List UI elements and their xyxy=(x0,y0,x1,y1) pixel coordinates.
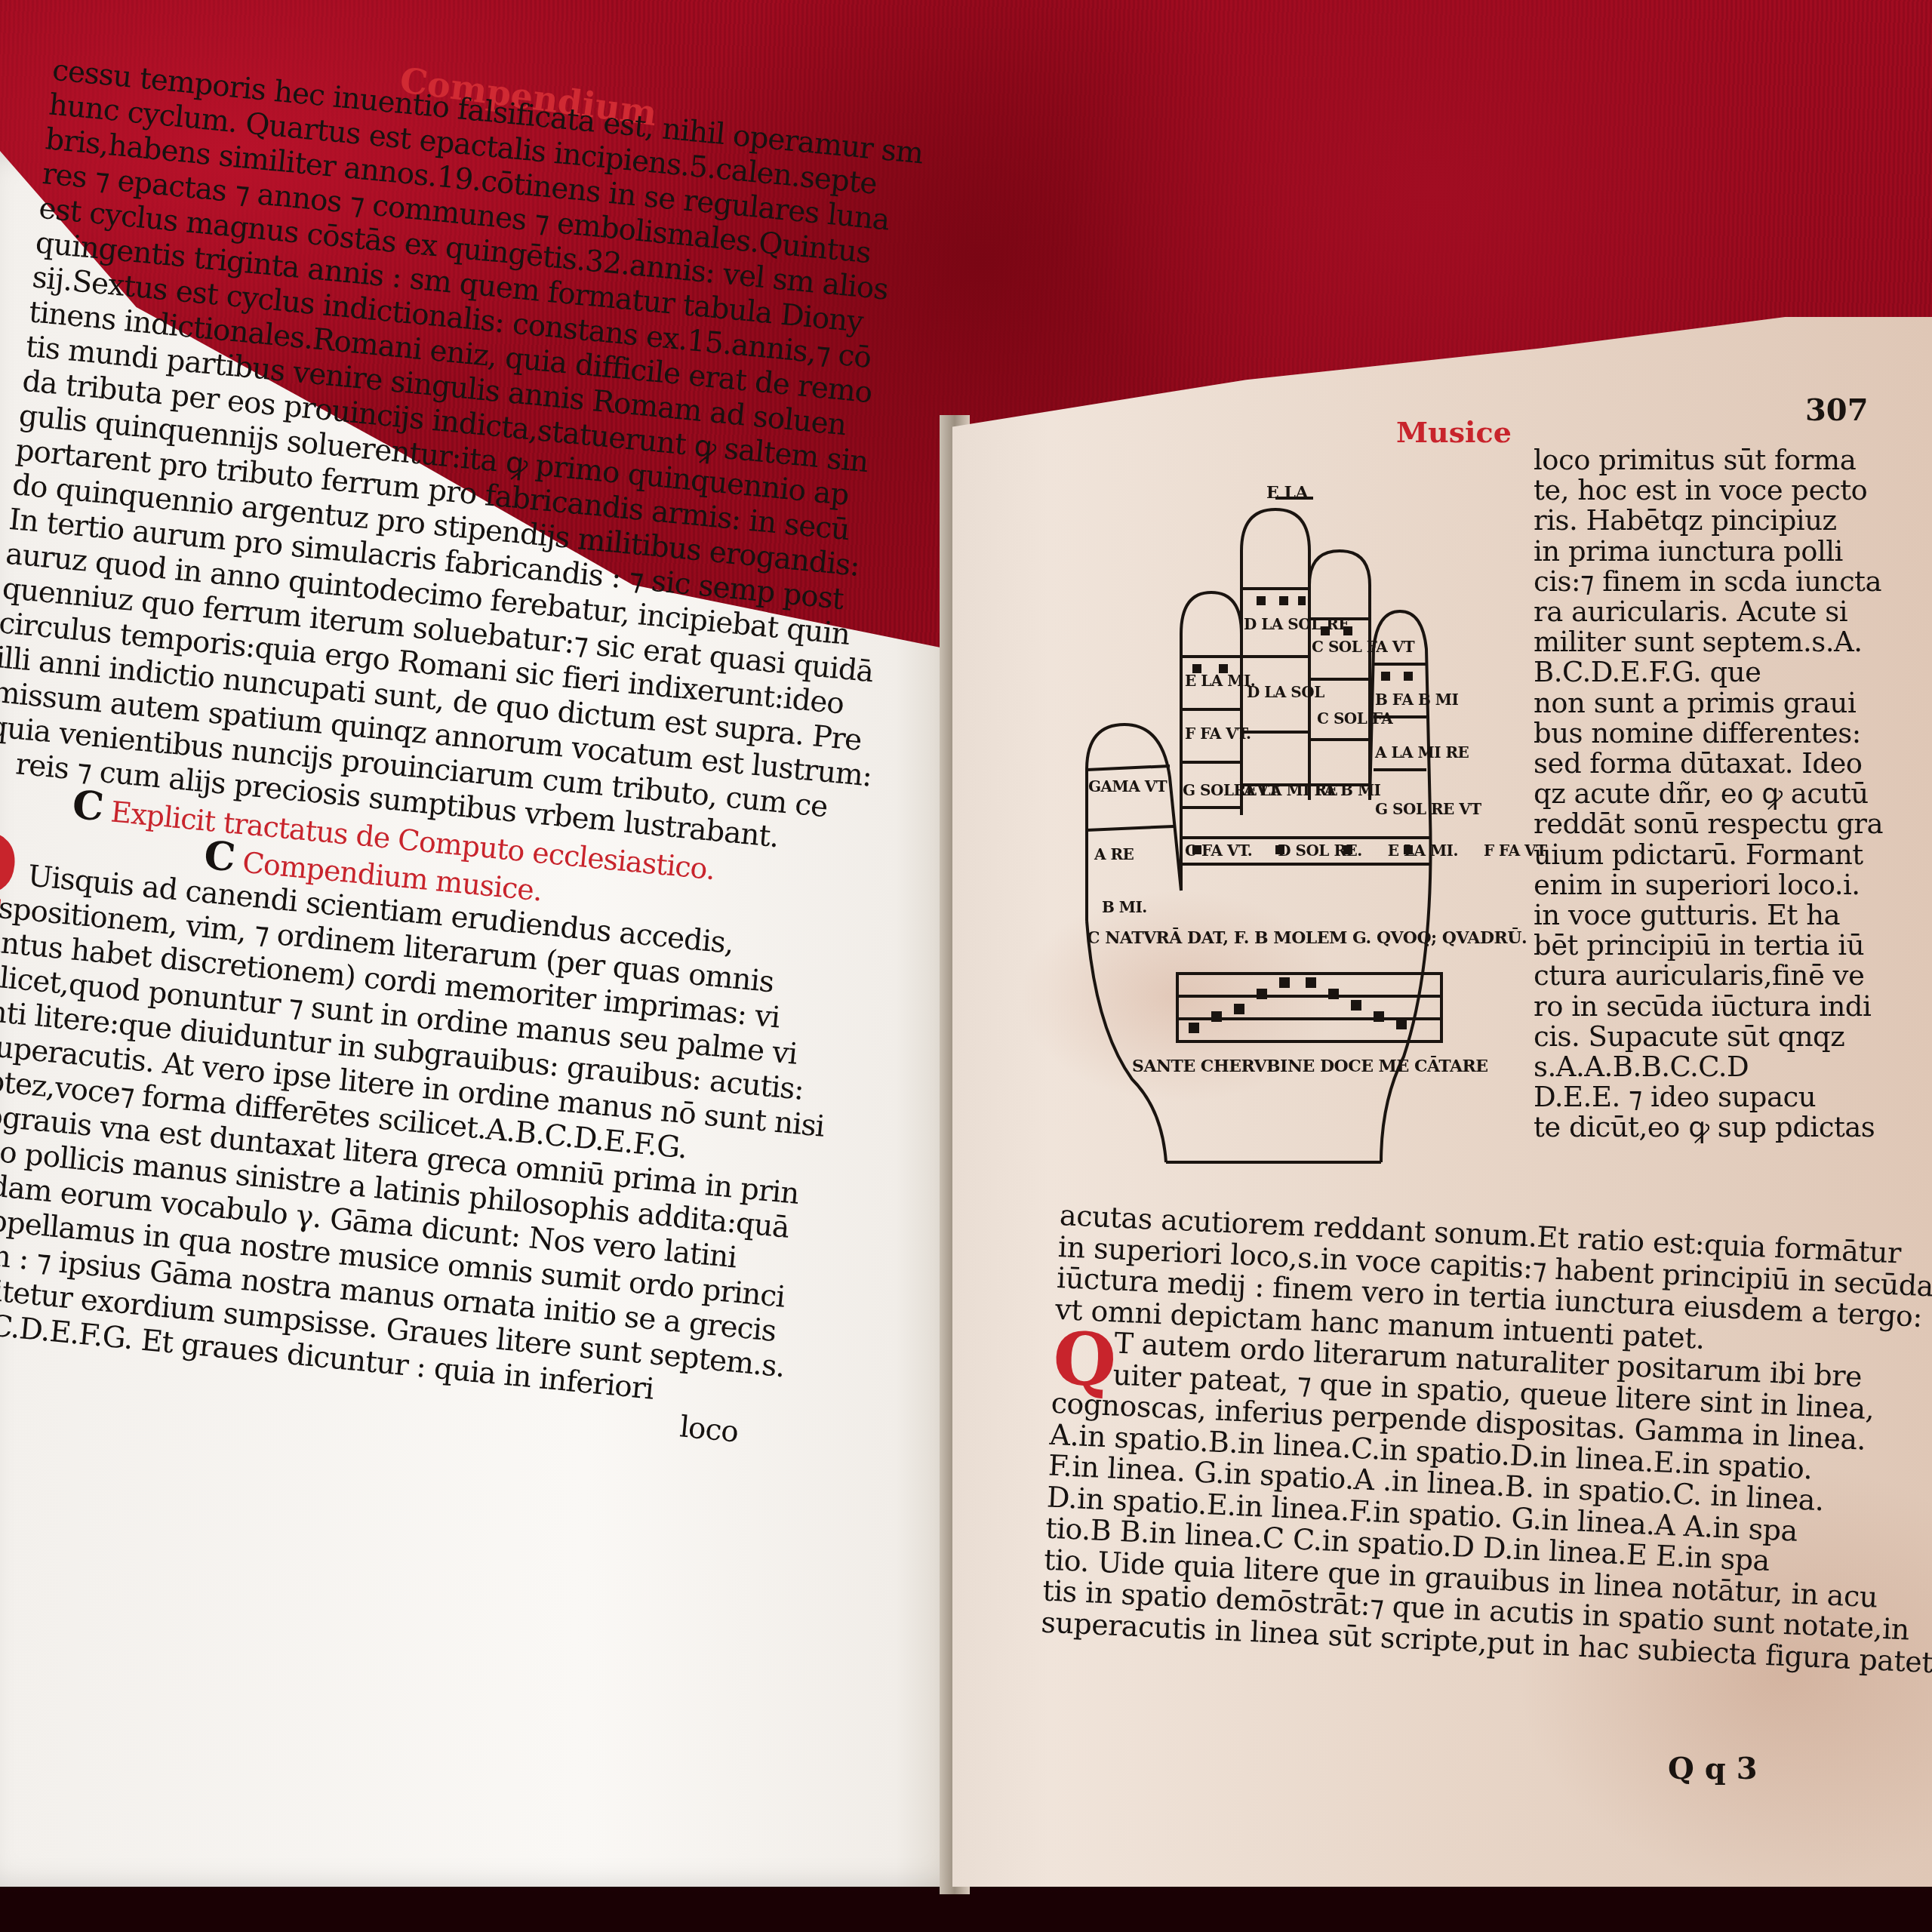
initial-q: Q xyxy=(1051,1321,1118,1399)
folio-number: 307 xyxy=(1805,392,1869,428)
text-line: militer sunt septem.s.A. xyxy=(1534,627,1911,657)
text-line: D.E.E. ⁊ ideo supacu xyxy=(1534,1082,1911,1112)
palm-label: E LA MI. xyxy=(1388,841,1458,860)
hand-ring-label: FA B MI xyxy=(1315,781,1380,799)
text-line: cis. Supacute sūt qnqz xyxy=(1534,1022,1911,1052)
hand-little-label: A LA MI RE xyxy=(1375,743,1469,761)
hand-thumb-label: GAMA VT xyxy=(1088,777,1167,795)
text-line: qz acute dñr, eo ꝙ acutū xyxy=(1534,779,1911,809)
text-line: ctura auricularis,finē ve xyxy=(1534,961,1911,991)
text-line: bus nomine differentes: xyxy=(1534,718,1911,749)
hand-ring-label: C SOL FA xyxy=(1317,709,1392,728)
hand-motto: C NATVRĀ DAT, F. B MOLEM G. QVOQ; QVADRŪ… xyxy=(1087,928,1527,948)
left-top-text-block: cessu temporis hec inuentio falsificata … xyxy=(0,54,933,1457)
right-column-text: loco primitus sūt forma te, hoc est in v… xyxy=(1534,445,1911,1143)
text-line: bēt principiū in tertia iū xyxy=(1534,931,1911,961)
music-paragraph: Q Uisquis ad canendi scientiam erudiendu… xyxy=(0,854,856,1457)
hand-chant-text: SANTE CHERVBINE DOCE ME CĀTARE xyxy=(1132,1057,1488,1076)
hand-palm-row: C FA VT. D SOL RE. E LA MI. F FA VT xyxy=(1185,841,1547,860)
text-line: ris. Habētqz pincipiuz xyxy=(1534,506,1911,536)
hand-little-label: B FA B MI xyxy=(1375,691,1458,709)
right-full-width-text: acutas acutiorem reddant sonum.Et ratio … xyxy=(1041,1200,1912,1677)
text-line: enim in superiori loco.i. xyxy=(1534,870,1911,900)
text-line: uium pdictarū. Formant xyxy=(1534,840,1911,870)
text-line: in voce gutturis. Et ha xyxy=(1534,900,1911,931)
text-line: B.C.D.E.F.G. que xyxy=(1534,657,1911,688)
text-line: ra auricularis. Acute si xyxy=(1534,597,1911,627)
text-line: cis:⁊ finem in scda iuncta xyxy=(1534,567,1911,597)
right-running-head: Musice xyxy=(1396,415,1512,449)
text-line: te, hoc est in voce pecto xyxy=(1534,475,1911,506)
hand-ring-label: C SOL FA VT xyxy=(1312,638,1414,656)
hand-top-label: E LA xyxy=(1266,483,1308,503)
text-line: te dicūt,eo ꝙ sup pdictas xyxy=(1534,1112,1911,1143)
text-line: sed forma dūtaxat. Ideo xyxy=(1534,749,1911,779)
left-page-text: Compendium cessu temporis hec inuentio f… xyxy=(45,143,932,229)
text-line: s.A.A.B.B.C.C.D xyxy=(1534,1052,1911,1082)
hand-thumb-label: A RE xyxy=(1094,845,1134,863)
paragraph-mark: C xyxy=(70,782,105,831)
hand-middle-label: D LA SOL RE xyxy=(1244,615,1349,633)
guidonian-hand-woodcut: E LA E LA MI. F FA VT. G SOLREVT D LA SO… xyxy=(1079,483,1532,1177)
hand-index-label: E LA MI. xyxy=(1185,672,1255,690)
text-line: in prima iunctura polli xyxy=(1534,537,1911,567)
hand-little-label: G SOL RE VT xyxy=(1375,800,1481,818)
hand-thumb-label: B MI. xyxy=(1102,898,1147,916)
text-line: ro in secūda iūctura indi xyxy=(1534,992,1911,1022)
text-line: loco primitus sūt forma xyxy=(1534,445,1911,475)
palm-label: C FA VT. xyxy=(1185,841,1252,860)
hand-index-label: F FA VT. xyxy=(1185,724,1251,743)
palm-label: D SOL RE. xyxy=(1278,841,1362,860)
order-paragraph: Q T autem ordo literarum naturaliter pos… xyxy=(1041,1325,1907,1677)
paragraph-mark: C xyxy=(202,832,237,881)
hand-middle-label: D LA SOL xyxy=(1247,683,1324,701)
signature-mark: Q q 3 xyxy=(1668,1751,1758,1786)
text-line: non sunt a primis graui xyxy=(1534,688,1911,718)
text-line: reddāt sonū respectu gra xyxy=(1534,809,1911,839)
